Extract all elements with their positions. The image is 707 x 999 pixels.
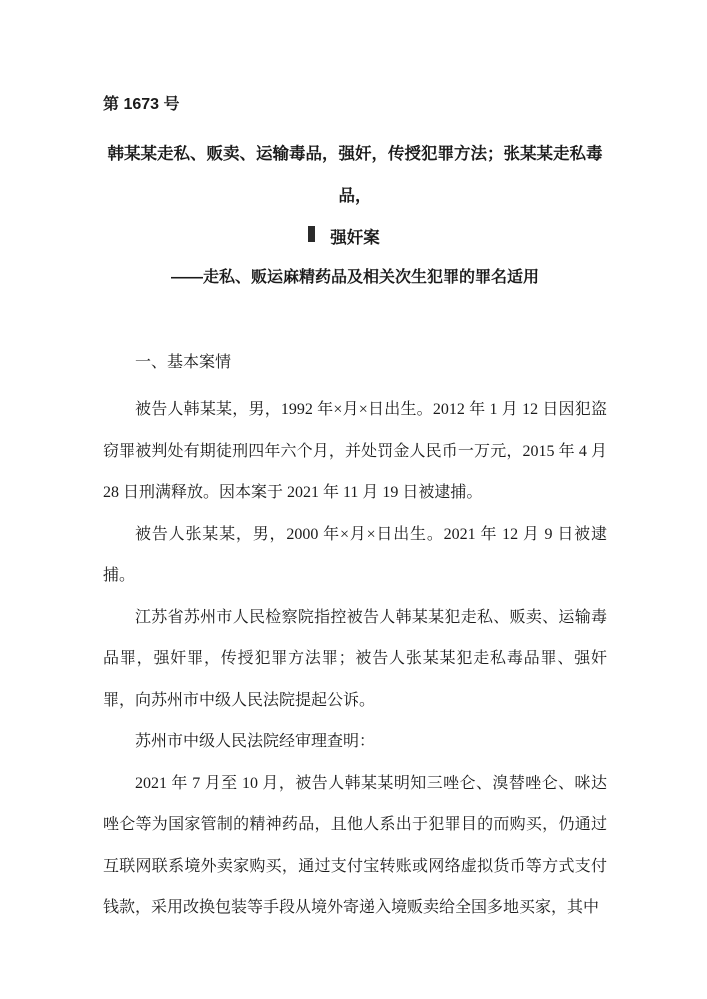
- text-cursor: [308, 226, 315, 242]
- case-subtitle: ——走私、贩运麻精药品及相关次生犯罪的罪名适用: [103, 259, 607, 296]
- case-number: 第 1673 号: [103, 88, 607, 121]
- case-title: 韩某某走私、贩卖、运输毒品，强奸，传授犯罪方法；张某某走私毒品， 强奸案: [103, 133, 607, 259]
- paragraph-defendant-zhang: 被告人张某某，男，2000 年×月×日出生。2021 年 12 月 9 日被逮捕…: [103, 514, 607, 597]
- document-page[interactable]: 第 1673 号 韩某某走私、贩卖、运输毒品，强奸，传授犯罪方法；张某某走私毒品…: [0, 0, 707, 999]
- paragraph-court-review-intro: 苏州市中级人民法院经审理查明：: [103, 721, 607, 763]
- section-heading-basic-facts: 一、基本案情: [103, 352, 607, 373]
- document-content: 第 1673 号 韩某某走私、贩卖、运输毒品，强奸，传授犯罪方法；张某某走私毒品…: [0, 0, 707, 929]
- case-title-line-2: 强奸案: [103, 217, 607, 259]
- paragraph-defendant-han: 被告人韩某某，男，1992 年×月×日出生。2012 年 1 月 12 日因犯盗…: [103, 389, 607, 514]
- paragraph-prosecution-charges: 江苏省苏州市人民检察院指控被告人韩某某犯走私、贩卖、运输毒品罪，强奸罪，传授犯罪…: [103, 597, 607, 722]
- paragraph-facts-smuggling: 2021 年 7 月至 10 月，被告人韩某某明知三唑仑、溴替唑仑、咪达唑仑等为…: [103, 763, 607, 929]
- document-body: 被告人韩某某，男，1992 年×月×日出生。2012 年 1 月 12 日因犯盗…: [103, 389, 607, 929]
- case-title-line-1: 韩某某走私、贩卖、运输毒品，强奸，传授犯罪方法；张某某走私毒品，: [103, 133, 607, 217]
